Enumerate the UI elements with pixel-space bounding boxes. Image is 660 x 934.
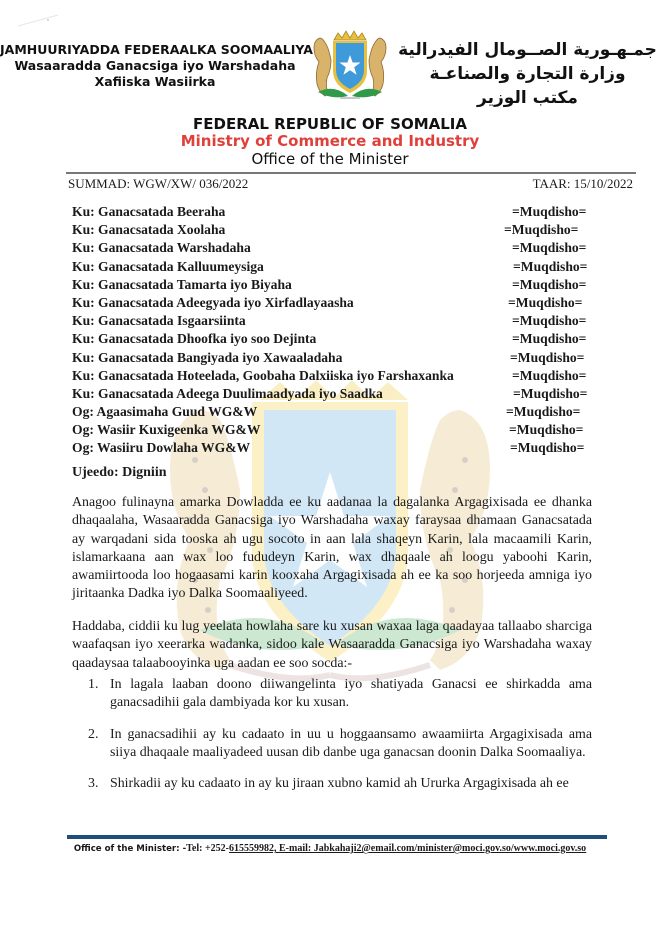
recipient-name: Og: Wasiiru Dowlaha WG&W xyxy=(72,440,250,455)
measure-item: 3. Shirkadii ay ku cadaato in ay ku jira… xyxy=(88,775,592,793)
recipient-row: Og: Wasiiru Dowlaha WG&W=Muqdisho= xyxy=(72,439,597,457)
measure-item: 1. In lagala laaban doono diiwangelinta … xyxy=(88,676,592,713)
recipient-city: =Muqdisho= xyxy=(513,385,587,403)
recipient-name: Ku: Ganacsatada Adeegyada iyo Xirfadlaya… xyxy=(72,295,354,310)
measure-text: Shirkadii ay ku cadaato in ay ku jiraan … xyxy=(110,775,592,793)
recipient-city: =Muqdisho= xyxy=(510,439,584,457)
header-somali: JAMHUURIYADDA FEDERAALKA SOOMAALIYA Wasa… xyxy=(0,42,310,90)
letter-subject: Ujeedo: Digniin xyxy=(72,465,167,481)
recipient-row: Ku: Ganacsatada Adeegyada iyo Xirfadlaya… xyxy=(72,294,597,312)
header-somali-line-2: Wasaaradda Ganacsiga iyo Warshadaha xyxy=(0,58,310,74)
recipient-city: =Muqdisho= xyxy=(510,349,584,367)
header-arabic-line-1: جمـهـورية الصــومال الفيدرالية xyxy=(395,38,660,62)
measure-number: 1. xyxy=(88,676,110,713)
recipient-city: =Muqdisho= xyxy=(512,312,586,330)
recipient-city: =Muqdisho= xyxy=(509,421,583,439)
measures-list: 1. In lagala laaban doono diiwangelinta … xyxy=(88,676,592,806)
recipient-name: Ku: Ganacsatada Warshadaha xyxy=(72,240,251,255)
header-arabic-line-3: مكتب الوزير xyxy=(395,86,660,110)
recipient-row: Og: Wasiir Kuxigeenka WG&W=Muqdisho= xyxy=(72,421,597,439)
recipient-name: Ku: Ganacsatada Tamarta iyo Biyaha xyxy=(72,277,292,292)
measure-item: 2. In ganacsadihii ay ku cadaato in uu u… xyxy=(88,726,592,763)
footer-divider xyxy=(67,835,607,839)
recipient-city: =Muqdisho= xyxy=(504,221,578,239)
recipient-city: =Muqdisho= xyxy=(506,403,580,421)
recipient-name: Ku: Ganacsatada Xoolaha xyxy=(72,222,225,237)
letter-date: TAAR: 15/10/2022 xyxy=(533,176,633,192)
ministry-title: Ministry of Commerce and Industry xyxy=(0,132,660,150)
header-divider xyxy=(66,172,636,174)
recipient-name: Ku: Ganacsatada Isgaarsiinta xyxy=(72,313,246,328)
recipient-row: Ku: Ganacsatada Xoolaha=Muqdisho= xyxy=(72,221,597,239)
body-paragraph-2: Haddaba, ciddii ku lug yeelata howlaha s… xyxy=(72,618,592,673)
recipient-row: Ku: Ganacsatada Warshadaha=Muqdisho= xyxy=(72,239,597,257)
office-title: Office of the Minister xyxy=(0,150,660,168)
recipient-city: =Muqdisho= xyxy=(513,258,587,276)
country-title: FEDERAL REPUBLIC OF SOMALIA xyxy=(0,115,660,133)
measure-number: 2. xyxy=(88,726,110,763)
recipient-row: Ku: Ganacsatada Kalluumeysiga=Muqdisho= xyxy=(72,258,597,276)
reference-number: SUMMAD: WGW/XW/ 036/2022 xyxy=(68,176,248,192)
somalia-coat-of-arms-icon xyxy=(300,28,400,106)
recipient-row: Ku: Ganacsatada Dhoofka iyo soo Dejinta=… xyxy=(72,330,597,348)
recipient-name: Og: Wasiir Kuxigeenka WG&W xyxy=(72,422,260,437)
measure-text: In ganacsadihii ay ku cadaato in uu u ho… xyxy=(110,726,592,763)
recipient-row: Og: Agaasimaha Guud WG&W=Muqdisho= xyxy=(72,403,597,421)
measure-number: 3. xyxy=(88,775,110,793)
header-somali-line-1: JAMHUURIYADDA FEDERAALKA SOOMAALIYA xyxy=(0,42,310,58)
reference-row: SUMMAD: WGW/XW/ 036/2022 TAAR: 15/10/202… xyxy=(68,176,633,192)
recipient-city: =Muqdisho= xyxy=(508,294,582,312)
footer-contact-links[interactable]: 615559982, E-mail: Jabkahaji2@email.com/… xyxy=(229,843,586,854)
recipient-name: Ku: Ganacsatada Hoteelada, Goobaha Dalxi… xyxy=(72,368,454,383)
header-arabic: جمـهـورية الصــومال الفيدرالية وزارة الت… xyxy=(395,38,660,110)
recipient-city: =Muqdisho= xyxy=(512,276,586,294)
footer-tel: Tel: +252- xyxy=(186,843,229,854)
recipient-name: Ku: Ganacsatada Beeraha xyxy=(72,204,225,219)
recipient-row: Ku: Ganacsatada Tamarta iyo Biyaha=Muqdi… xyxy=(72,276,597,294)
recipient-row: Ku: Ganacsatada Beeraha=Muqdisho= xyxy=(72,203,597,221)
header-arabic-line-2: وزارة التجارة والصناعـة xyxy=(395,62,660,86)
recipient-city: =Muqdisho= xyxy=(512,367,586,385)
recipient-name: Ku: Ganacsatada Bangiyada iyo Xawaaladah… xyxy=(72,350,342,365)
recipient-city: =Muqdisho= xyxy=(512,330,586,348)
recipients-list: Ku: Ganacsatada Beeraha=Muqdisho= Ku: Ga… xyxy=(72,203,597,458)
recipient-row: Ku: Ganacsatada Bangiyada iyo Xawaaladah… xyxy=(72,349,597,367)
recipient-row: Ku: Ganacsatada Hoteelada, Goobaha Dalxi… xyxy=(72,367,597,385)
recipient-name: Ku: Ganacsatada Dhoofka iyo soo Dejinta xyxy=(72,331,316,346)
recipient-row: Ku: Ganacsatada Adeega Duulimaadyada iyo… xyxy=(72,385,597,403)
recipient-city: =Muqdisho= xyxy=(512,239,586,257)
recipient-name: Ku: Ganacsatada Kalluumeysiga xyxy=(72,259,264,274)
footer-contact: Office of the Minister: -Tel: +252-61555… xyxy=(0,843,660,854)
header-somali-line-3: Xafiiska Wasiirka xyxy=(0,74,310,90)
measure-text: In lagala laaban doono diiwangelinta iyo… xyxy=(110,676,592,713)
recipient-name: Ku: Ganacsatada Adeega Duulimaadyada iyo… xyxy=(72,386,383,401)
footer-label: Office of the Minister: - xyxy=(74,844,186,854)
body-paragraph-1: Anagoo fulinayna amarka Dowladda ee ku a… xyxy=(72,494,592,604)
recipient-name: Og: Agaasimaha Guud WG&W xyxy=(72,404,257,419)
recipient-city: =Muqdisho= xyxy=(512,203,586,221)
scan-artifact xyxy=(8,12,68,30)
recipient-row: Ku: Ganacsatada Isgaarsiinta=Muqdisho= xyxy=(72,312,597,330)
